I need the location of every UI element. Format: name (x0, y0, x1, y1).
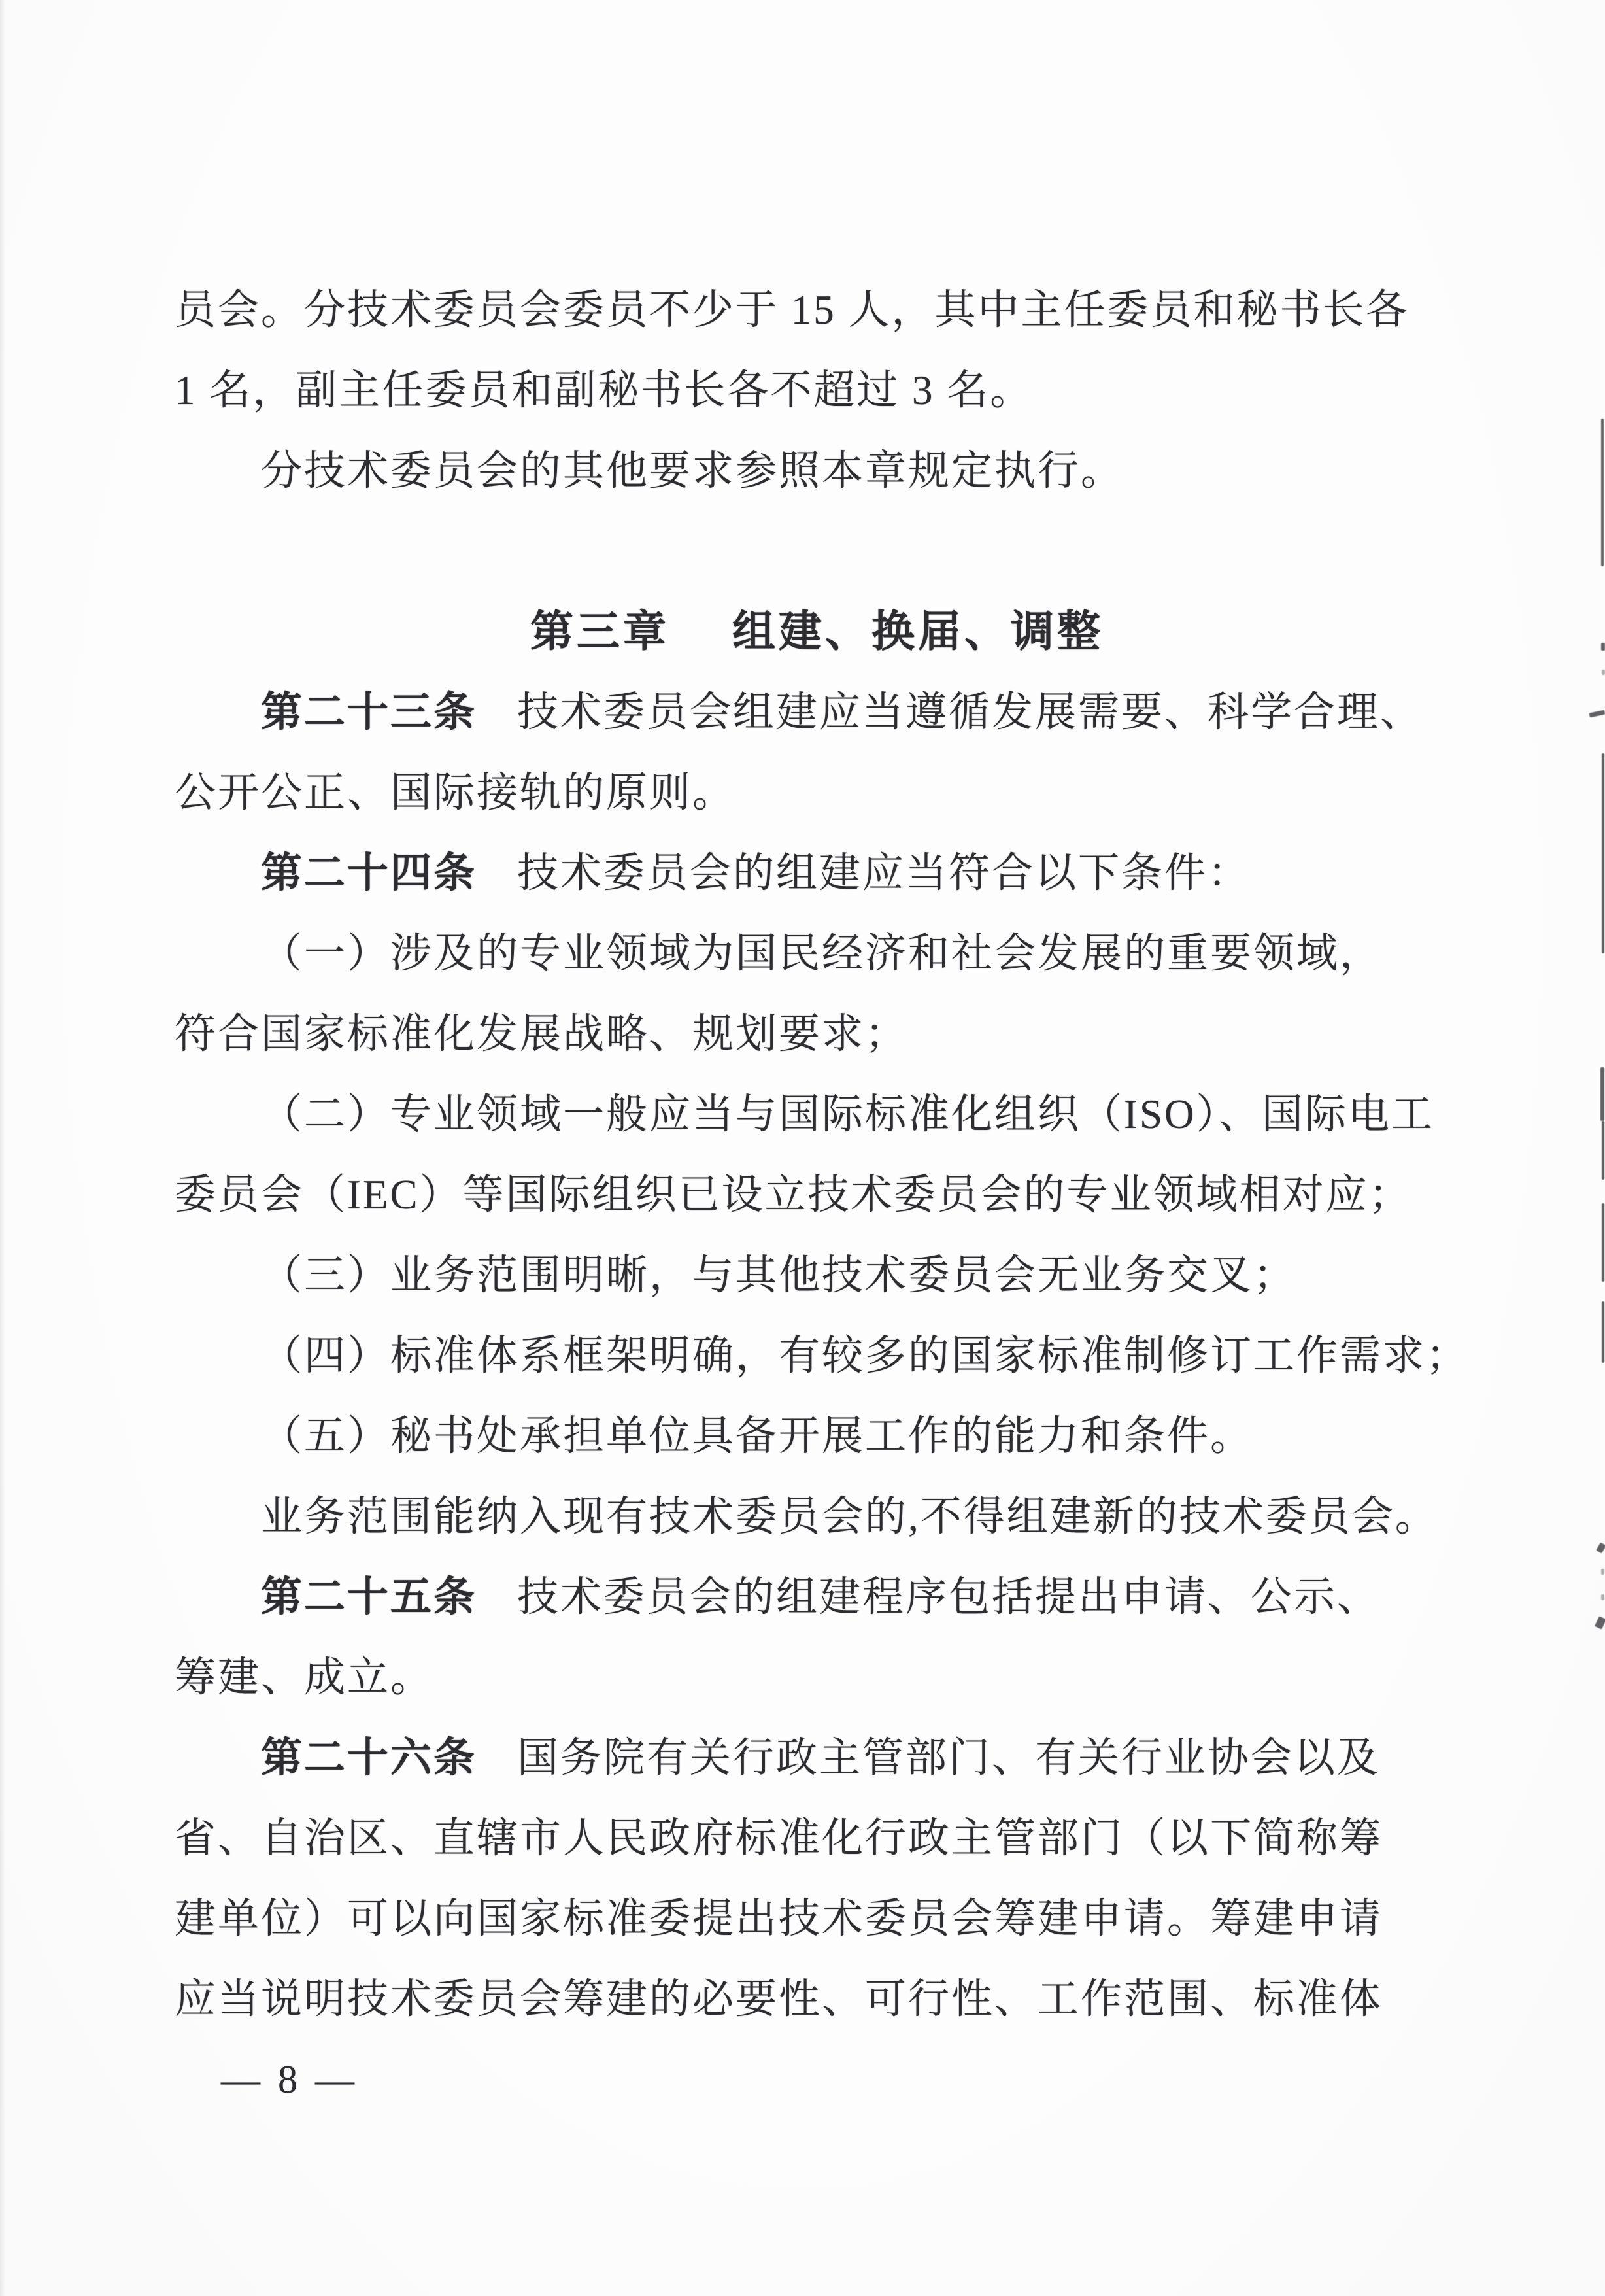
text-line: （四）标准体系框架明确，有较多的国家标准制修订工作需求； (175, 1316, 1459, 1396)
line-text: （一）涉及的专业领域为国民经济和社会发展的重要领域， (261, 931, 1383, 976)
line-text: （二）专业领域一般应当与国际标准化组织（ISO）、国际电工 (261, 1091, 1434, 1137)
line-text: （四）标准体系框架明确，有较多的国家标准制修订工作需求； (261, 1333, 1469, 1379)
scan-artifact (1602, 670, 1605, 675)
line-text: 符合国家标准化发展战略、规划要求； (175, 1011, 908, 1057)
line-text: 公开公正、国际接轨的原则。 (175, 770, 735, 815)
text-line: （二）专业领域一般应当与国际标准化组织（ISO）、国际电工 (175, 1074, 1459, 1155)
scan-artifact (1595, 1616, 1605, 1629)
text-line: 员会。分技术委员会委员不少于 15 人，其中主任委员和秘书长各 (175, 270, 1459, 351)
text-line: （一）涉及的专业领域为国民经济和社会发展的重要领域， (175, 914, 1459, 994)
scan-artifact (1602, 1121, 1604, 1180)
text-line: 1 名，副主任委员和副秘书长各不超过 3 名。 (175, 351, 1459, 431)
scan-artifact (1589, 710, 1605, 718)
text-line: 第二十六条国务院有关行政主管部门、有关行业协会以及 (175, 1718, 1459, 1798)
article-number: 第二十四条 (261, 850, 477, 896)
text-line: 建单位）可以向国家标准委提出技术委员会筹建申请。筹建申请 (175, 1879, 1459, 1959)
scan-artifact (1602, 1301, 1604, 1363)
document-page: 员会。分技术委员会委员不少于 15 人，其中主任委员和秘书长各1 名，副主任委员… (0, 0, 1605, 2296)
article-number: 第二十六条 (261, 1735, 477, 1781)
scan-artifact (1601, 419, 1604, 566)
blank-line (175, 511, 1459, 592)
text-line: 公开公正、国际接轨的原则。 (175, 753, 1459, 833)
line-text: 筹建、成立。 (175, 1654, 433, 1700)
line-text: （五）秘书处承担单位具备开展工作的能力和条件。 (261, 1413, 1253, 1459)
document-body: 员会。分技术委员会委员不少于 15 人，其中主任委员和秘书长各1 名，副主任委员… (175, 270, 1459, 2040)
page-number: — 8 — (221, 2040, 358, 2120)
scan-artifact (1601, 1569, 1604, 1575)
line-text: 员会。分技术委员会委员不少于 15 人，其中主任委员和秘书长各 (175, 287, 1410, 333)
scan-artifact (1602, 753, 1604, 953)
scan-artifact (1602, 1203, 1604, 1282)
text-line: 省、自治区、直辖市人民政府标准化行政主管部门（以下简称筹 (175, 1798, 1459, 1879)
chapter-heading: 第三章组建、换届、调整 (175, 592, 1459, 672)
scan-artifact (1601, 1594, 1604, 1600)
chapter-number: 第三章 (530, 608, 669, 656)
article-number: 第二十三条 (261, 689, 477, 735)
line-text: 1 名，副主任委员和副秘书长各不超过 3 名。 (175, 368, 1033, 413)
line-text: 委员会（IEC）等国际组织已设立技术委员会的专业领域相对应； (175, 1172, 1411, 1218)
line-text: 国务院有关行政主管部门、有关行业协会以及 (517, 1735, 1380, 1781)
article-number: 第二十五条 (261, 1574, 477, 1620)
scan-edge-shade (0, 0, 5, 2296)
text-line: 第二十四条技术委员会的组建应当符合以下条件： (175, 833, 1459, 914)
text-line: 分技术委员会的其他要求参照本章规定执行。 (175, 431, 1459, 511)
text-line: 筹建、成立。 (175, 1637, 1459, 1718)
scan-artifact (1596, 1542, 1605, 1553)
line-text: 建单位）可以向国家标准委提出技术委员会筹建申请。筹建申请 (175, 1896, 1383, 1942)
line-text: 应当说明技术委员会筹建的必要性、可行性、工作范围、标准体 (175, 1976, 1383, 2022)
line-text: 技术委员会组建应当遵循发展需要、科学合理、 (517, 689, 1423, 735)
text-line: （五）秘书处承担单位具备开展工作的能力和条件。 (175, 1396, 1459, 1477)
line-text: 业务范围能纳入现有技术委员会的,不得组建新的技术委员会。 (261, 1494, 1438, 1539)
line-text: （三）业务范围明晰，与其他技术委员会无业务交叉； (261, 1252, 1296, 1298)
text-line: 业务范围能纳入现有技术委员会的,不得组建新的技术委员会。 (175, 1477, 1459, 1557)
text-line: 符合国家标准化发展战略、规划要求； (175, 994, 1459, 1074)
chapter-title: 组建、换届、调整 (732, 608, 1104, 656)
scan-artifact (1601, 643, 1605, 651)
text-line: 第二十三条技术委员会组建应当遵循发展需要、科学合理、 (175, 672, 1459, 753)
line-text: 省、自治区、直辖市人民政府标准化行政主管部门（以下简称筹 (175, 1815, 1383, 1861)
text-line: 应当说明技术委员会筹建的必要性、可行性、工作范围、标准体 (175, 1959, 1459, 2040)
text-line: 委员会（IEC）等国际组织已设立技术委员会的专业领域相对应； (175, 1155, 1459, 1235)
scan-artifact (1600, 1067, 1604, 1121)
text-line: （三）业务范围明晰，与其他技术委员会无业务交叉； (175, 1235, 1459, 1316)
line-text: 分技术委员会的其他要求参照本章规定执行。 (261, 448, 1124, 494)
line-text: 技术委员会的组建应当符合以下条件： (517, 850, 1251, 896)
text-line: 第二十五条技术委员会的组建程序包括提出申请、公示、 (175, 1557, 1459, 1637)
line-text: 技术委员会的组建程序包括提出申请、公示、 (517, 1574, 1380, 1620)
